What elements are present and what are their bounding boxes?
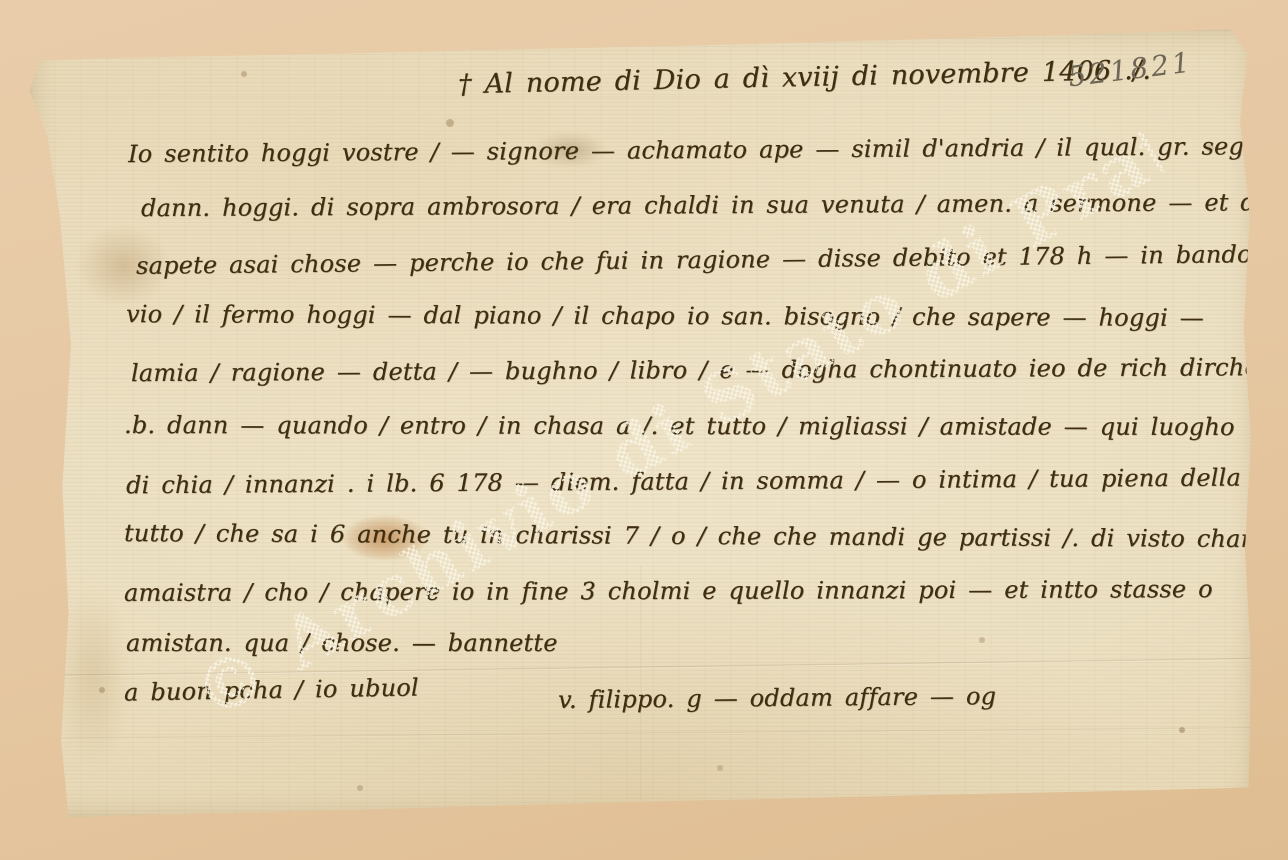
- manuscript-line: sapete asai chose — perche io che fui in…: [136, 242, 1252, 278]
- manuscript-line: di chia / innanzi . i lb. 6 178 — diem. …: [126, 465, 1288, 498]
- foxing-specks: [28, 26, 32, 30]
- archive-number: 521821: [1067, 48, 1194, 91]
- closing-signature-line: v. filippo. g — oddam affare — og: [558, 684, 996, 712]
- manuscript-line: tutto / che sa i 6 anche tu in charissi …: [124, 521, 1256, 551]
- date-line: † Al nome di Dio a dì xviij di novembre …: [458, 57, 1151, 99]
- scanned-manuscript-page: { "document": { "archive_number": "52182…: [0, 0, 1288, 860]
- manuscript-line: .b. dann — quando / entro / in chasa a /…: [124, 413, 1235, 439]
- manuscript-line: Io sentito hoggi vostre / — signore — ac…: [128, 134, 1288, 166]
- manuscript-line: a buon pcha / io ubuol: [124, 675, 419, 704]
- manuscript-sheet: † Al nome di Dio a dì xviij di novembre …: [28, 26, 1256, 820]
- manuscript-line: lamia / ragione — detta / — bughno / lib…: [131, 355, 1288, 385]
- manuscript-line: dann. hoggi. di sopra ambrosora / era ch…: [141, 190, 1288, 220]
- manuscript-line: amaistra / cho / chapere io in fine 3 ch…: [124, 577, 1213, 605]
- fold-crease: [28, 96, 1256, 99]
- manuscript-line: vio / il fermo hoggi — dal piano / il ch…: [126, 302, 1204, 330]
- manuscript-line: amistan. qua / chose. — bannette: [126, 631, 558, 655]
